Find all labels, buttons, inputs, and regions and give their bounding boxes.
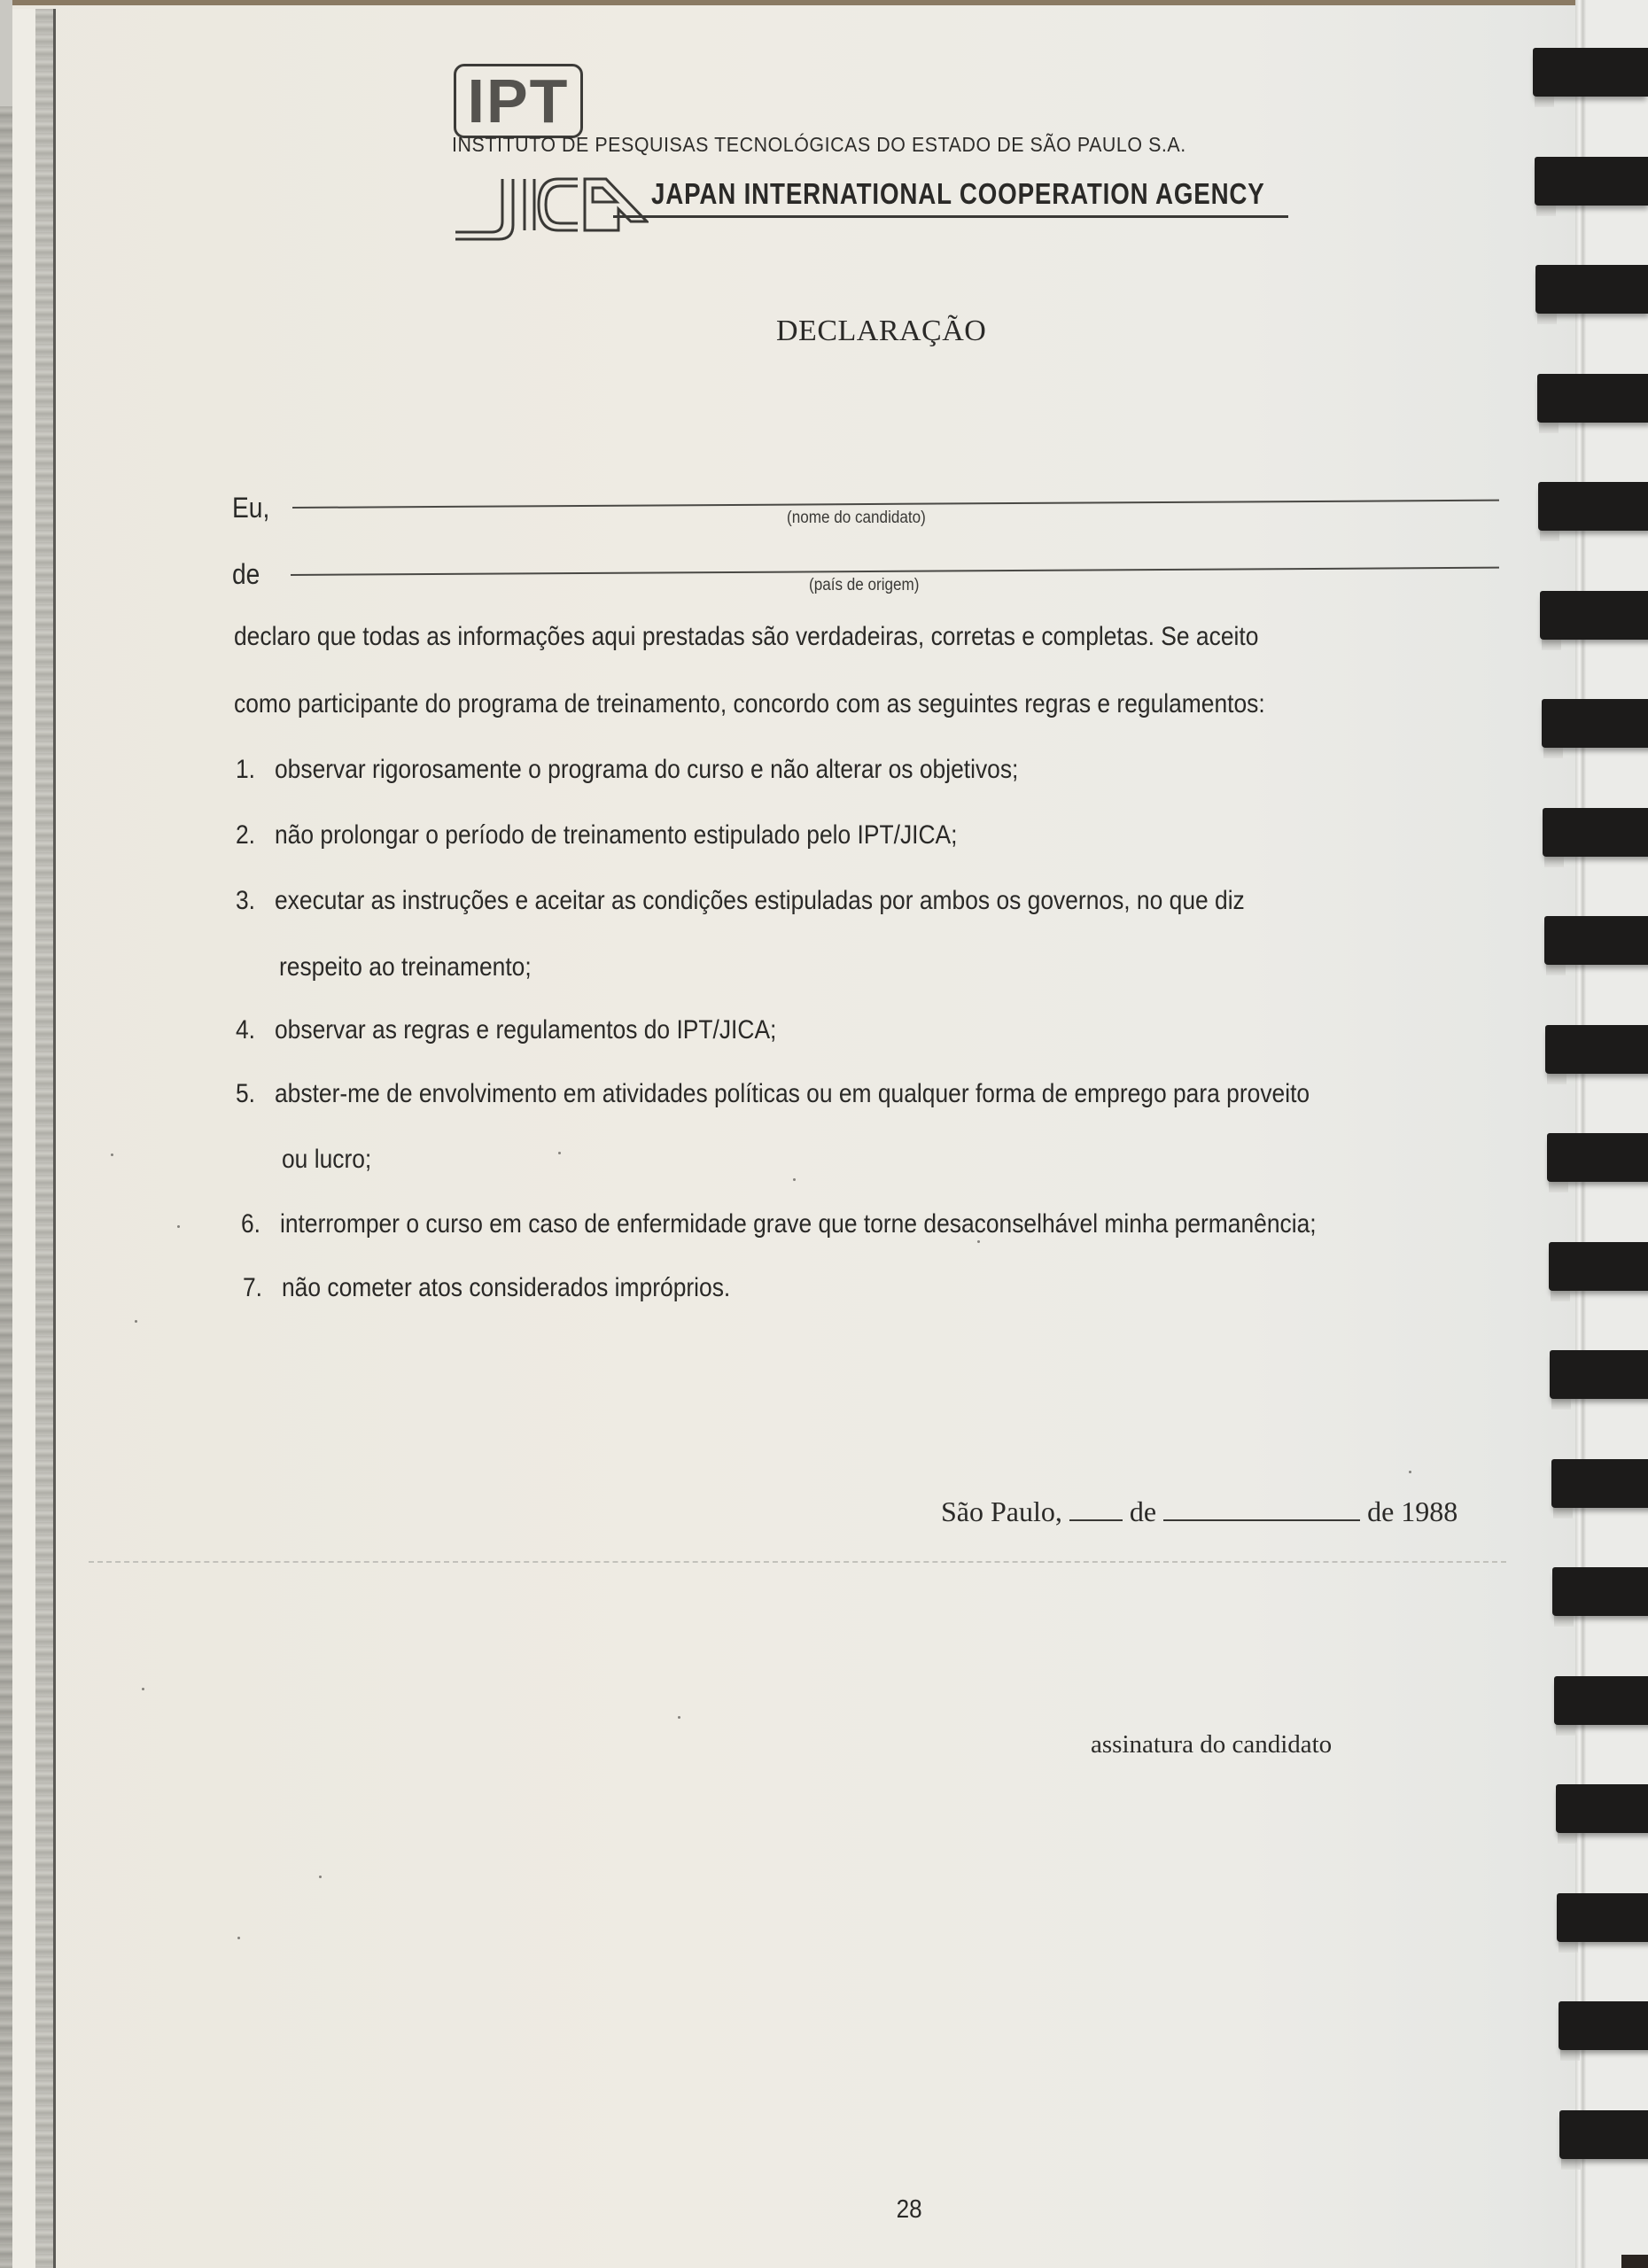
binding-ring [1542, 699, 1648, 748]
left-page-edge [0, 0, 12, 2268]
country-field-caption: (país de origem) [809, 576, 920, 595]
scanned-page: IPT INSTITUTO DE PESQUISAS TECNOLÓGICAS … [0, 0, 1648, 2268]
name-field-label: Eu, [232, 492, 269, 524]
speck [558, 1152, 561, 1154]
speck [142, 1688, 144, 1690]
binding-ring [1545, 1025, 1648, 1074]
name-field[interactable] [292, 500, 1499, 509]
signature-line[interactable] [89, 1561, 1506, 1563]
month-field[interactable] [1163, 1496, 1360, 1521]
rule-item-5: 5.abster-me de envolvimento em atividade… [236, 1079, 1310, 1109]
country-field[interactable] [291, 567, 1499, 576]
ipt-logo: IPT [454, 64, 583, 138]
rule-text: executar as instruções e aceitar as cond… [275, 886, 1245, 915]
country-field-label: de [232, 558, 260, 591]
rule-number: 4. [236, 1015, 275, 1045]
speck [111, 1153, 113, 1156]
speck [793, 1178, 796, 1181]
speck [135, 1320, 137, 1323]
intro-line-2: como participante do programa de treinam… [234, 689, 1265, 719]
jica-name: JAPAN INTERNATIONAL COOPERATION AGENCY [651, 177, 1265, 211]
rule-item-4: 4.observar as regras e regulamentos do I… [236, 1015, 776, 1045]
signature-label: assinatura do candidato [1091, 1730, 1332, 1759]
rule-item-3-continuation: respeito ao treinamento; [279, 952, 532, 983]
rule-text: não cometer atos considerados impróprios… [282, 1273, 730, 1302]
rule-item-7: 7.não cometer atos considerados imprópri… [243, 1273, 730, 1303]
rule-item-1: 1.observar rigorosamente o programa do c… [236, 755, 1018, 785]
institute-name: INSTITUTO DE PESQUISAS TECNOLÓGICAS DO E… [452, 133, 1186, 157]
jica-underline [613, 215, 1288, 218]
binding-ring [1533, 48, 1648, 97]
rule-text: não prolongar o período de treinamento e… [275, 820, 957, 850]
binding-ring [1554, 1676, 1648, 1725]
date-line: São Paulo, de de 1988 [941, 1495, 1458, 1528]
binding-ring [1552, 1567, 1648, 1616]
speck [1409, 1471, 1411, 1473]
page-number: 28 [897, 2195, 922, 2225]
speck [237, 1937, 240, 1939]
ipt-logo-text: IPT [468, 70, 570, 132]
binding-ring [1535, 265, 1648, 314]
speck [678, 1716, 680, 1719]
rule-item-2: 2.não prolongar o período de treinamento… [236, 820, 957, 850]
jica-logo-icon [454, 177, 649, 241]
binding-ring [1559, 2001, 1648, 2050]
left-edge-shadow [35, 9, 55, 2268]
rule-number: 7. [243, 1273, 282, 1303]
speck [977, 1240, 980, 1243]
binding-ring [1550, 1350, 1648, 1399]
binding-ring [1543, 808, 1648, 857]
binding-ring [1559, 2110, 1648, 2159]
rule-item-3: 3.executar as instruções e aceitar as co… [236, 886, 1245, 916]
binding-ring [1549, 1242, 1648, 1291]
rule-number: 6. [241, 1209, 280, 1239]
date-connector-1: de [1130, 1495, 1156, 1527]
rule-text: observar rigorosamente o programa do cur… [275, 755, 1018, 784]
rule-number: 2. [236, 820, 275, 850]
top-border [0, 0, 1648, 5]
date-city: São Paulo, [941, 1495, 1062, 1527]
day-field[interactable] [1069, 1496, 1123, 1521]
rule-number: 5. [236, 1079, 275, 1109]
binding-ring [1547, 1133, 1648, 1182]
speck [177, 1225, 180, 1228]
binding-ring [1540, 591, 1648, 640]
rule-text: observar as regras e regulamentos do IPT… [275, 1015, 776, 1045]
binding-ring [1535, 157, 1648, 206]
binding-ring [1537, 374, 1648, 423]
binding-ring [1544, 916, 1648, 965]
left-page-edge-top [0, 0, 12, 106]
binding-ring [1556, 1784, 1648, 1833]
rule-number: 1. [236, 755, 275, 785]
binding-ring [1551, 1459, 1648, 1508]
left-edge-line [53, 9, 56, 2268]
intro-line-1: declaro que todas as informações aqui pr… [234, 622, 1258, 652]
rule-number: 3. [236, 886, 275, 916]
rule-text: abster-me de envolvimento em atividades … [275, 1079, 1310, 1108]
binding-ring [1557, 1893, 1648, 1942]
binding-ring [1538, 482, 1648, 531]
bottom-corner [1621, 2255, 1648, 2268]
date-year: de 1988 [1367, 1495, 1458, 1527]
rule-text: interromper o curso em caso de enfermida… [280, 1209, 1317, 1239]
rule-item-5-continuation: ou lucro; [282, 1145, 371, 1175]
speck [319, 1876, 322, 1878]
name-field-caption: (nome do candidato) [787, 509, 926, 528]
document-title: DECLARAÇÃO [776, 315, 986, 348]
rule-item-6: 6.interromper o curso em caso de enfermi… [241, 1209, 1317, 1239]
